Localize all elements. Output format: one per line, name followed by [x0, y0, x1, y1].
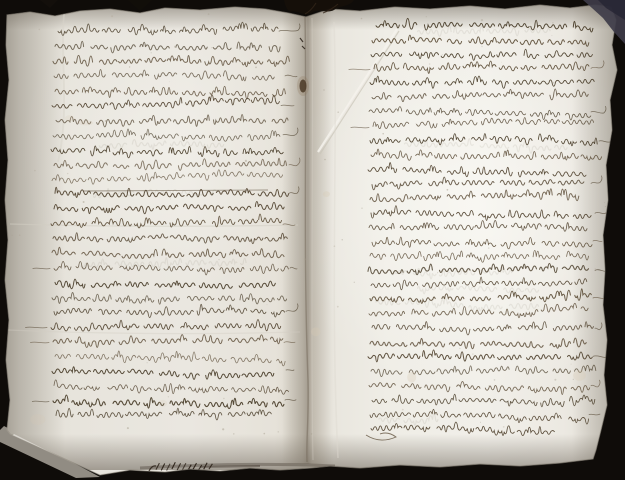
gutter-ink-blotch: [300, 80, 307, 93]
manuscript-spread-svg: [0, 0, 625, 480]
manuscript-photo: [0, 0, 625, 480]
